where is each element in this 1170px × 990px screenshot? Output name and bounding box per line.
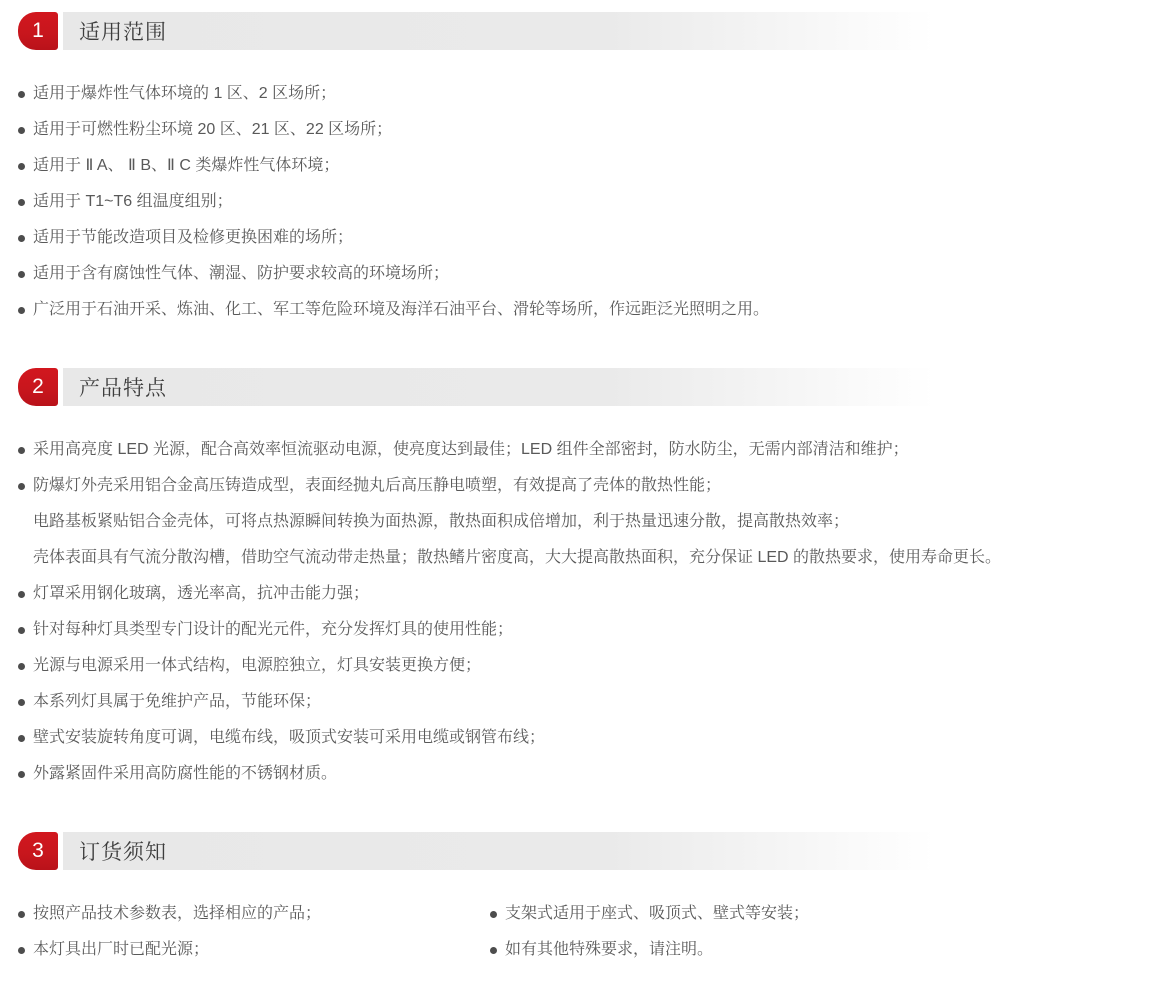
list-item-text: 适用于节能改造项目及检修更换困难的场所；	[33, 229, 353, 246]
list-item-text: 按照产品技术参数表，选择相应的产品；	[33, 905, 321, 922]
list-item-text: 支架式适用于座式、吸顶式、壁式等安装；	[505, 905, 809, 922]
section-title-bar: 产品特点	[63, 368, 1152, 406]
list-item: 如有其他特殊要求，请注明。	[490, 932, 1152, 968]
scope-list: 适用于爆炸性气体环境的 1 区、2 区场所； 适用于可燃性粉尘环境 20 区、2…	[18, 76, 1152, 328]
list-item-text: 壁式安装旋转角度可调，电缆布线，吸顶式安装可采用电缆或钢管布线；	[33, 729, 545, 746]
bullet-icon	[18, 127, 25, 134]
list-item: 采用高亮度 LED 光源，配合高效率恒流驱动电源，使亮度达到最佳；LED 组件全…	[18, 432, 1152, 468]
bullet-icon	[18, 591, 25, 598]
section-header: 2 产品特点	[18, 368, 1152, 406]
list-item-continuation: 壳体表面具有气流分散沟槽，借助空气流动带走热量；散热鳍片密度高，大大提高散热面积…	[18, 540, 1152, 576]
list-item: 本灯具出厂时已配光源；	[18, 932, 490, 968]
bullet-icon	[18, 699, 25, 706]
list-item-text: 本系列灯具属于免维护产品，节能环保；	[33, 693, 321, 710]
section-number-badge: 2	[18, 368, 58, 406]
bullet-icon	[18, 911, 25, 918]
list-item: 光源与电源采用一体式结构，电源腔独立，灯具安装更换方便；	[18, 648, 1152, 684]
section-number-badge: 3	[18, 832, 58, 870]
list-item-text: 适用于 T1~T6 组温度组别；	[33, 193, 233, 210]
list-item-text: 适用于含有腐蚀性气体、潮湿、防护要求较高的环境场所；	[33, 265, 449, 282]
bullet-icon	[18, 307, 25, 314]
section-title: 产品特点	[79, 372, 167, 402]
list-item-text: 如有其他特殊要求，请注明。	[505, 941, 713, 958]
section-ordering-notes: 3 订货须知 按照产品技术参数表，选择相应的产品； 支架式适用于座式、吸顶式、壁…	[18, 832, 1152, 968]
section-application-scope: 1 适用范围 适用于爆炸性气体环境的 1 区、2 区场所； 适用于可燃性粉尘环境…	[18, 12, 1152, 328]
product-spec-page: 1 适用范围 适用于爆炸性气体环境的 1 区、2 区场所； 适用于可燃性粉尘环境…	[0, 0, 1170, 968]
list-item: 适用于 T1~T6 组温度组别；	[18, 184, 1152, 220]
list-item-text: 防爆灯外壳采用铝合金高压铸造成型，表面经抛丸后高压静电喷塑，有效提高了壳体的散热…	[33, 477, 721, 494]
list-item: 针对每种灯具类型专门设计的配光元件，充分发挥灯具的使用性能；	[18, 612, 1152, 648]
list-item: 灯罩采用钢化玻璃，透光率高，抗冲击能力强；	[18, 576, 1152, 612]
section-title: 适用范围	[79, 16, 167, 46]
list-item: 适用于可燃性粉尘环境 20 区、21 区、22 区场所；	[18, 112, 1152, 148]
list-item-text: 适用于可燃性粉尘环境 20 区、21 区、22 区场所；	[33, 121, 392, 138]
list-item-text: 外露紧固件采用高防腐性能的不锈钢材质。	[33, 765, 337, 782]
list-item: 广泛用于石油开采、炼油、化工、军工等危险环境及海洋石油平台、滑轮等场所，作远距泛…	[18, 292, 1152, 328]
bullet-icon	[18, 947, 25, 954]
list-item-text: 灯罩采用钢化玻璃，透光率高，抗冲击能力强；	[33, 585, 369, 602]
list-item: 适用于含有腐蚀性气体、潮湿、防护要求较高的环境场所；	[18, 256, 1152, 292]
bullet-icon	[18, 735, 25, 742]
list-item-continuation: 电路基板紧贴铝合金壳体，可将点热源瞬间转换为面热源，散热面积成倍增加，利于热量迅…	[18, 504, 1152, 540]
list-item: 适用于爆炸性气体环境的 1 区、2 区场所；	[18, 76, 1152, 112]
bullet-icon	[18, 91, 25, 98]
list-item-text: 电路基板紧贴铝合金壳体，可将点热源瞬间转换为面热源，散热面积成倍增加，利于热量迅…	[33, 513, 849, 530]
list-item: 外露紧固件采用高防腐性能的不锈钢材质。	[18, 756, 1152, 792]
bullet-icon	[18, 199, 25, 206]
list-item: 本系列灯具属于免维护产品，节能环保；	[18, 684, 1152, 720]
section-title-bar: 适用范围	[63, 12, 1152, 50]
list-item: 防爆灯外壳采用铝合金高压铸造成型，表面经抛丸后高压静电喷塑，有效提高了壳体的散热…	[18, 468, 1152, 504]
bullet-icon	[18, 627, 25, 634]
bullet-icon	[18, 663, 25, 670]
list-item: 适用于 Ⅱ A、 Ⅱ B、Ⅱ C 类爆炸性气体环境；	[18, 148, 1152, 184]
section-header: 3 订货须知	[18, 832, 1152, 870]
list-item-text: 广泛用于石油开采、炼油、化工、军工等危险环境及海洋石油平台、滑轮等场所，作远距泛…	[33, 301, 769, 318]
list-item-text: 本灯具出厂时已配光源；	[33, 941, 209, 958]
list-item: 支架式适用于座式、吸顶式、壁式等安装；	[490, 896, 1152, 932]
list-item: 适用于节能改造项目及检修更换困难的场所；	[18, 220, 1152, 256]
section-number-badge: 1	[18, 12, 58, 50]
list-item: 按照产品技术参数表，选择相应的产品；	[18, 896, 490, 932]
section-header: 1 适用范围	[18, 12, 1152, 50]
list-item-text: 针对每种灯具类型专门设计的配光元件，充分发挥灯具的使用性能；	[33, 621, 513, 638]
list-item-text: 光源与电源采用一体式结构，电源腔独立，灯具安装更换方便；	[33, 657, 481, 674]
features-list: 采用高亮度 LED 光源，配合高效率恒流驱动电源，使亮度达到最佳；LED 组件全…	[18, 432, 1152, 792]
list-item-text: 适用于 Ⅱ A、 Ⅱ B、Ⅱ C 类爆炸性气体环境；	[33, 157, 339, 174]
bullet-icon	[18, 235, 25, 242]
section-product-features: 2 产品特点 采用高亮度 LED 光源，配合高效率恒流驱动电源，使亮度达到最佳；…	[18, 368, 1152, 792]
bullet-icon	[18, 483, 25, 490]
bullet-icon	[18, 163, 25, 170]
list-item-text: 采用高亮度 LED 光源，配合高效率恒流驱动电源，使亮度达到最佳；LED 组件全…	[33, 441, 909, 458]
ordering-notes-list: 按照产品技术参数表，选择相应的产品； 支架式适用于座式、吸顶式、壁式等安装； 本…	[18, 896, 1152, 968]
bullet-icon	[18, 447, 25, 454]
bullet-icon	[18, 771, 25, 778]
section-title-bar: 订货须知	[63, 832, 1152, 870]
bullet-icon	[18, 271, 25, 278]
list-item-text: 适用于爆炸性气体环境的 1 区、2 区场所；	[33, 85, 336, 102]
list-item-text: 壳体表面具有气流分散沟槽，借助空气流动带走热量；散热鳍片密度高，大大提高散热面积…	[33, 549, 1001, 566]
bullet-icon	[490, 911, 497, 918]
bullet-icon	[490, 947, 497, 954]
list-item: 壁式安装旋转角度可调，电缆布线，吸顶式安装可采用电缆或钢管布线；	[18, 720, 1152, 756]
section-title: 订货须知	[79, 836, 167, 866]
